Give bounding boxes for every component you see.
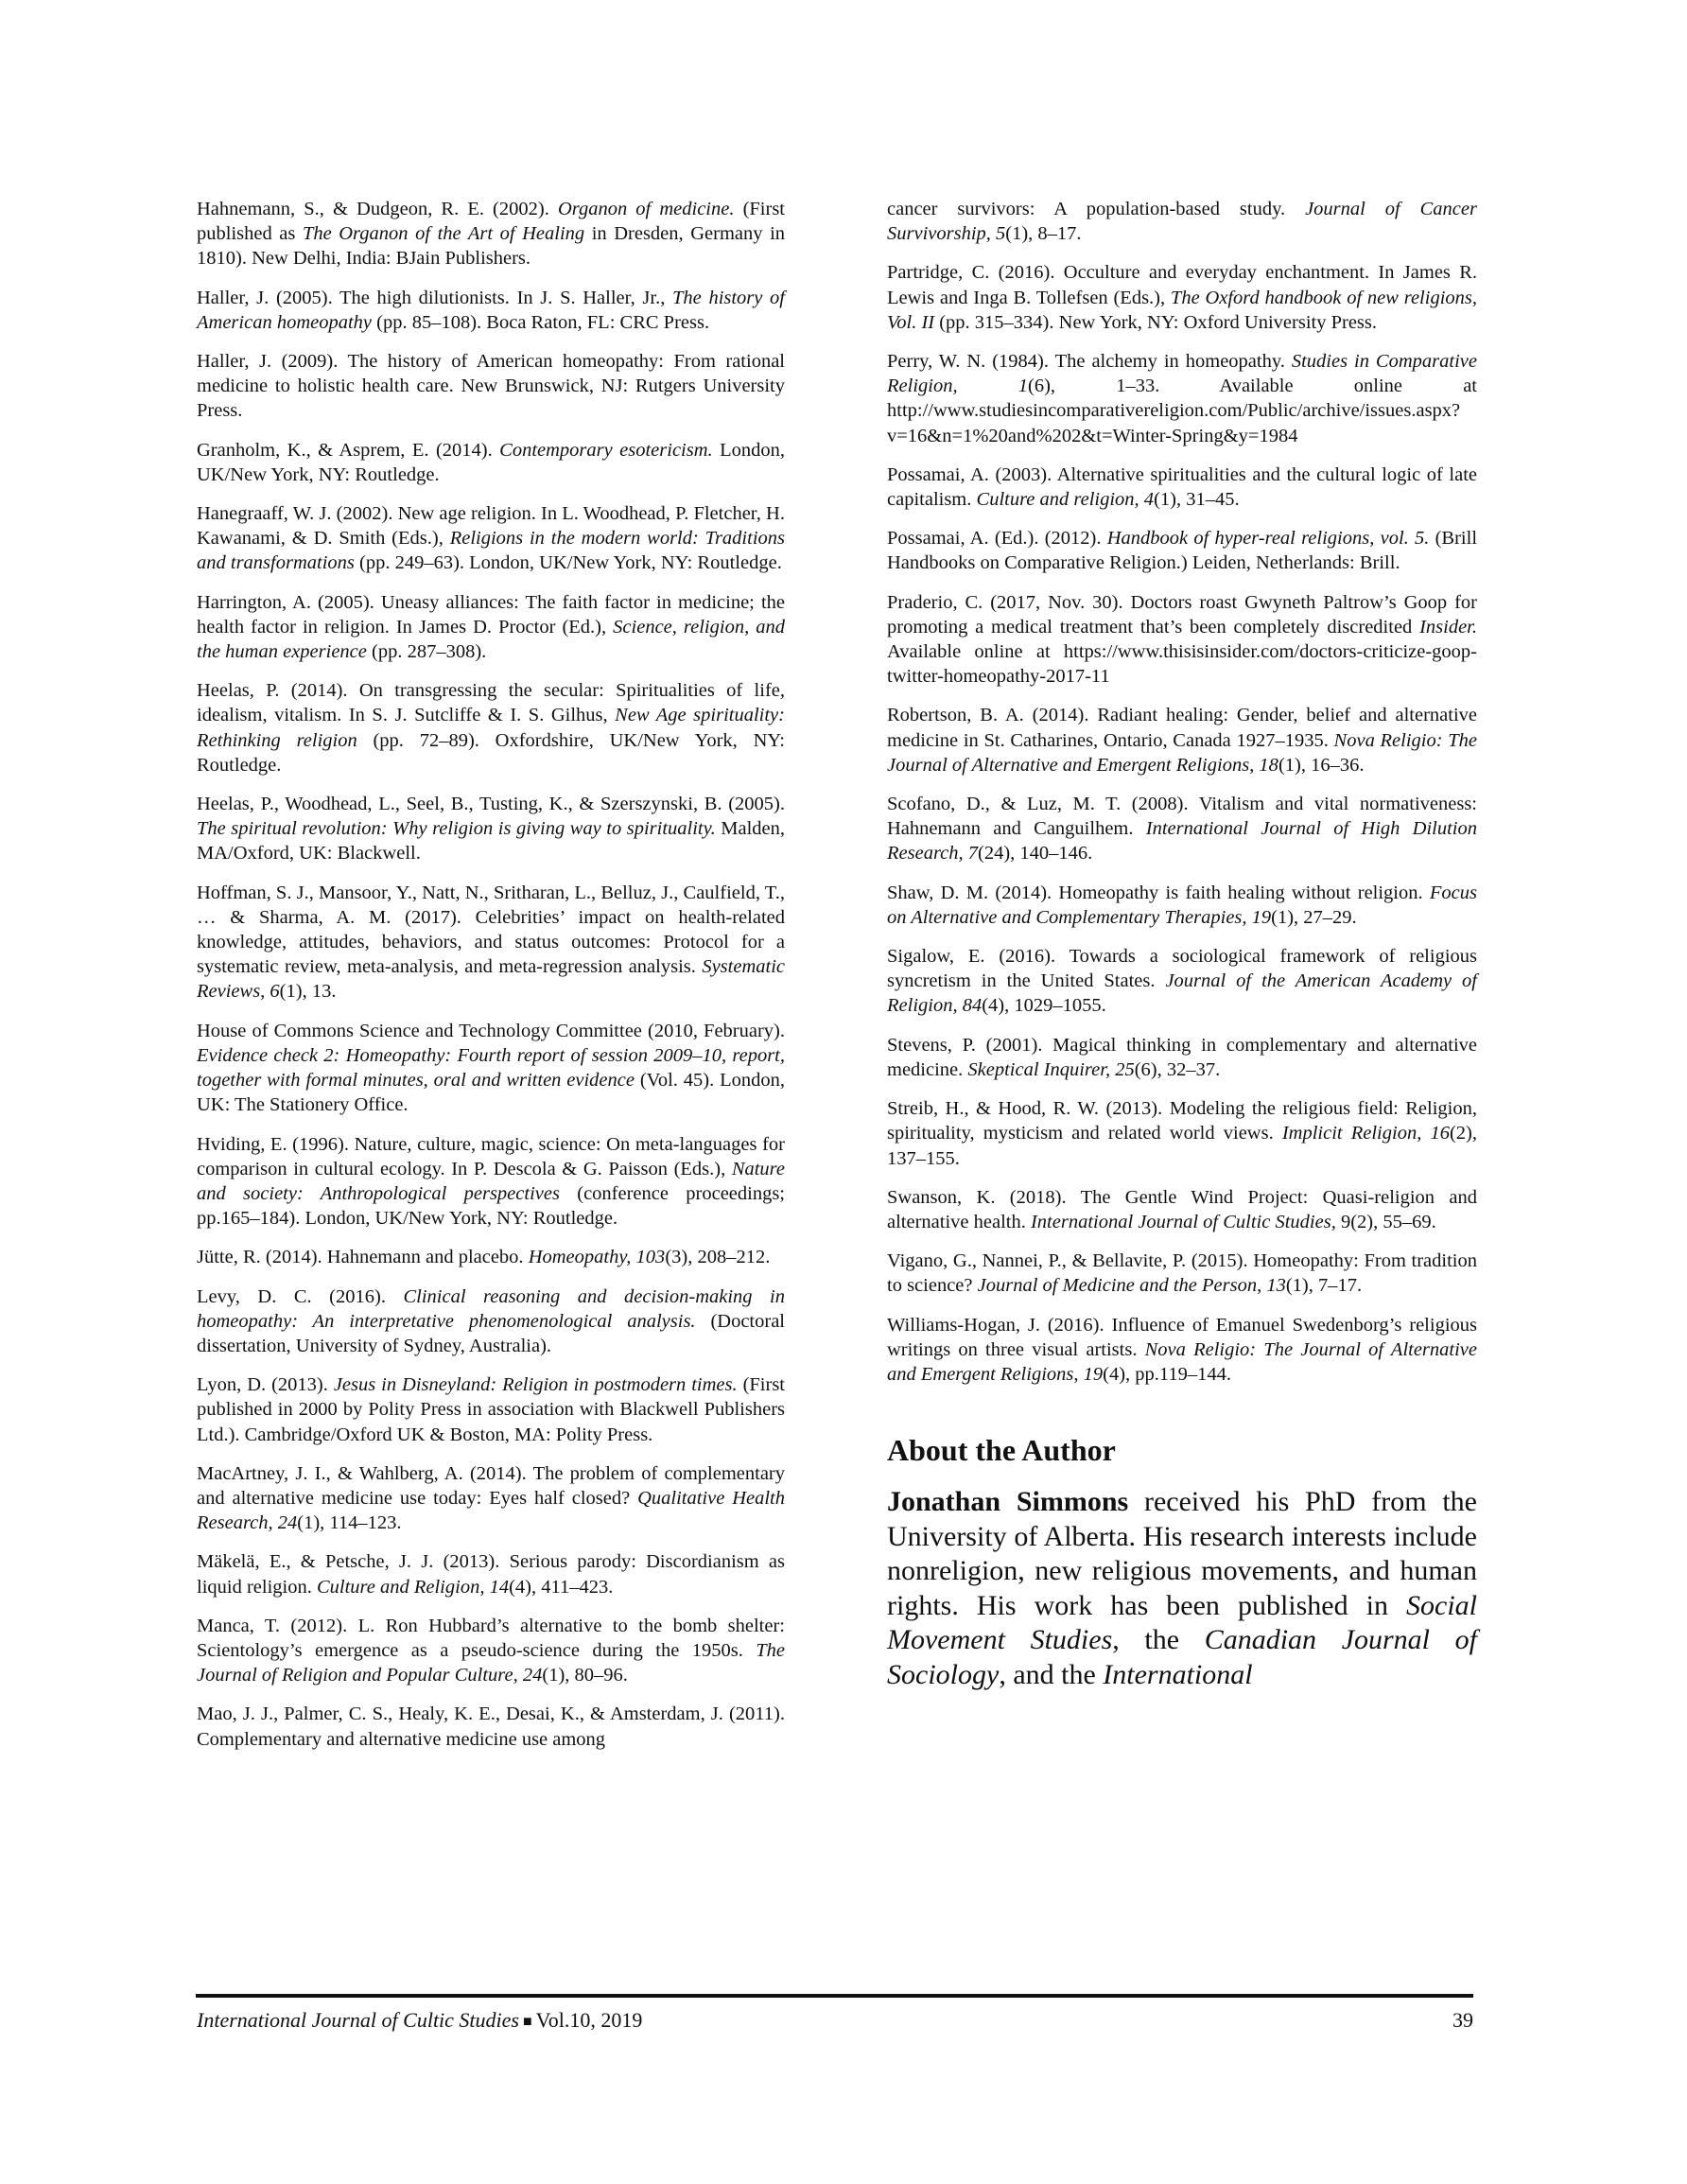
text-run: House of Commons Science and Technology …: [197, 1021, 785, 1041]
text-run: cancer survivors: A population-based stu…: [887, 199, 1305, 219]
reference-entry: Granholm, K., & Asprem, E. (2014). Conte…: [197, 438, 785, 487]
reference-entry: Streib, H., & Hood, R. W. (2013). Modeli…: [887, 1096, 1477, 1171]
text-run: (3), 208–212.: [665, 1247, 770, 1267]
reference-column-left: Hahnemann, S., & Dudgeon, R. E. (2002). …: [197, 197, 785, 1766]
text-run: ,: [1369, 528, 1380, 549]
reference-entry: Haller, J. (2005). The high dilutionists…: [197, 286, 785, 335]
reference-entry: House of Commons Science and Technology …: [197, 1019, 785, 1118]
reference-entry: Praderio, C. (2017, Nov. 30). Doctors ro…: [887, 590, 1477, 690]
text-run: Praderio, C. (2017, Nov. 30). Doctors ro…: [887, 592, 1477, 638]
text-run: Manca, T. (2012). L. Ron Hubbard’s alter…: [197, 1616, 785, 1661]
italic-text: The spiritual revolution: Why religion i…: [197, 818, 716, 839]
reference-entry: Scofano, D., & Luz, M. T. (2008). Vitali…: [887, 792, 1477, 866]
italic-text: The Organon of the Art of Healing: [303, 223, 584, 244]
reference-entry: Mäkelä, E., & Petsche, J. J. (2013). Ser…: [197, 1549, 785, 1599]
text-run: (1), 80–96.: [542, 1665, 628, 1686]
italic-text: Culture and religion, 4: [977, 489, 1155, 510]
text-run: (4), 411–423.: [509, 1577, 613, 1598]
bold-text: Jonathan Simmons: [887, 1486, 1128, 1517]
text-run: (24), 140–146.: [978, 843, 1092, 864]
reference-entry: Vigano, G., Nannei, P., & Bellavite, P. …: [887, 1249, 1477, 1298]
reference-entry: Hviding, E. (1996). Nature, culture, mag…: [197, 1132, 785, 1232]
page-number: 39: [1452, 2007, 1473, 2034]
text-run: , the: [1112, 1624, 1204, 1655]
reference-entry: Mao, J. J., Palmer, C. S., Healy, K. E.,…: [197, 1702, 785, 1751]
text-run: Lyon, D. (2013).: [197, 1374, 334, 1395]
author-bio: Jonathan Simmons received his PhD from t…: [887, 1485, 1477, 1692]
italic-text: vol. 5.: [1381, 528, 1430, 549]
text-run: (1), 31–45.: [1154, 489, 1240, 510]
text-run: Granholm, K., & Asprem, E. (2014).: [197, 440, 499, 461]
text-run: (1), 27–29.: [1271, 907, 1357, 928]
text-run: (6), 32–37.: [1135, 1059, 1221, 1080]
text-run: (1), 16–36.: [1278, 755, 1365, 776]
reference-entry: Manca, T. (2012). L. Ron Hubbard’s alter…: [197, 1614, 785, 1688]
reference-entry: Robertson, B. A. (2014). Radiant healing…: [887, 703, 1477, 778]
text-run: (pp. 249–63). London, UK/New York, NY: R…: [355, 552, 782, 573]
reference-entry: Haller, J. (2009). The history of Americ…: [197, 349, 785, 424]
footer-divider: [196, 1994, 1473, 1998]
about-author-heading: About the Author: [887, 1432, 1477, 1468]
italic-text: Journal of Medicine and the Person, 13: [978, 1275, 1286, 1296]
text-run: (pp. 287–308).: [367, 641, 486, 662]
reference-entry: Hanegraaff, W. J. (2002). New age religi…: [197, 501, 785, 576]
reference-entry: Partridge, C. (2016). Occulture and ever…: [887, 260, 1477, 335]
text-run: (4), pp.119–144.: [1103, 1364, 1231, 1385]
footer-journal-title: International Journal of Cultic Studies: [197, 2008, 519, 2032]
reference-entry: Possamai, A. (Ed.). (2012). Handbook of …: [887, 526, 1477, 575]
reference-entry: Heelas, P. (2014). On transgressing the …: [197, 678, 785, 778]
text-run: Haller, J. (2009). The history of Americ…: [197, 351, 785, 421]
text-run: Shaw, D. M. (2014). Homeopathy is faith …: [887, 882, 1430, 903]
reference-entry: Hahnemann, S., & Dudgeon, R. E. (2002). …: [197, 197, 785, 271]
reference-list-right: cancer survivors: A population-based stu…: [887, 197, 1477, 1387]
italic-text: Handbook of hyper-real religions: [1107, 528, 1370, 549]
reference-entry: Swanson, K. (2018). The Gentle Wind Proj…: [887, 1185, 1477, 1234]
text-run: (pp. 85–108). Boca Raton, FL: CRC Press.: [372, 312, 709, 333]
text-run: Available online at https://www.thisisin…: [887, 641, 1477, 687]
text-run: Hviding, E. (1996). Nature, culture, mag…: [197, 1134, 785, 1179]
italic-text: Implicit Religion, 16: [1282, 1123, 1450, 1144]
reference-column-right: cancer survivors: A population-based stu…: [887, 197, 1477, 1692]
reference-entry: Shaw, D. M. (2014). Homeopathy is faith …: [887, 881, 1477, 930]
italic-text: International Journal of Cultic Studies,: [1031, 1212, 1336, 1232]
text-run: (4), 1029–1055.: [982, 995, 1106, 1016]
text-run: Hoffman, S. J., Mansoor, Y., Natt, N., S…: [197, 882, 785, 978]
text-run: , and the: [999, 1659, 1103, 1690]
text-run: Hahnemann, S., & Dudgeon, R. E. (2002).: [197, 199, 558, 219]
text-run: (1), 114–123.: [297, 1512, 401, 1533]
text-run: Jütte, R. (2014). Hahnemann and placebo.: [197, 1247, 529, 1267]
text-run: Possamai, A. (Ed.). (2012).: [887, 528, 1107, 549]
italic-text: Skeptical Inquirer, 25: [967, 1059, 1134, 1080]
reference-entry: Williams-Hogan, J. (2016). Influence of …: [887, 1313, 1477, 1388]
text-run: (pp. 315–334). New York, NY: Oxford Univ…: [934, 312, 1377, 333]
italic-text: Homeopathy, 103: [529, 1247, 666, 1267]
text-run: Heelas, P., Woodhead, L., Seel, B., Tust…: [197, 794, 785, 814]
reference-entry: Heelas, P., Woodhead, L., Seel, B., Tust…: [197, 792, 785, 866]
reference-entry: Stevens, P. (2001). Magical thinking in …: [887, 1033, 1477, 1082]
reference-entry: cancer survivors: A population-based stu…: [887, 197, 1477, 246]
reference-entry: Jütte, R. (2014). Hahnemann and placebo.…: [197, 1245, 785, 1269]
italic-text: Jesus in Disneyland: Religion in postmod…: [334, 1374, 738, 1395]
italic-text: Contemporary esotericism.: [499, 440, 713, 461]
text-run: 9(2), 55–69.: [1336, 1212, 1436, 1232]
italic-text: Culture and Religion, 14: [317, 1577, 509, 1598]
text-run: Levy, D. C. (2016).: [197, 1286, 403, 1307]
italic-text: Organon of medicine.: [558, 199, 735, 219]
reference-entry: Levy, D. C. (2016). Clinical reasoning a…: [197, 1284, 785, 1359]
square-separator-icon: ■: [523, 2014, 532, 2030]
reference-entry: MacArtney, J. I., & Wahlberg, A. (2014).…: [197, 1461, 785, 1536]
text-run: (1), 7–17.: [1286, 1275, 1362, 1296]
text-run: (1), 13.: [280, 981, 337, 1002]
reference-entry: Hoffman, S. J., Mansoor, Y., Natt, N., S…: [197, 881, 785, 1005]
reference-entry: Possamai, A. (2003). Alternative spiritu…: [887, 463, 1477, 512]
italic-text: Insider.: [1419, 617, 1477, 638]
text-run: Mao, J. J., Palmer, C. S., Healy, K. E.,…: [197, 1704, 785, 1749]
reference-entry: Perry, W. N. (1984). The alchemy in home…: [887, 349, 1477, 448]
reference-entry: Lyon, D. (2013). Jesus in Disneyland: Re…: [197, 1372, 785, 1447]
text-run: Haller, J. (2005). The high dilutionists…: [197, 288, 672, 308]
italic-text: International: [1103, 1659, 1252, 1690]
running-footer: International Journal of Cultic Studies■…: [197, 2007, 642, 2035]
text-run: Perry, W. N. (1984). The alchemy in home…: [887, 351, 1292, 372]
text-run: (1), 8–17.: [1005, 223, 1081, 244]
reference-entry: Harrington, A. (2005). Uneasy alliances:…: [197, 590, 785, 665]
footer-volume: Vol.10, 2019: [536, 2008, 643, 2032]
reference-entry: Sigalow, E. (2016). Towards a sociologic…: [887, 944, 1477, 1019]
